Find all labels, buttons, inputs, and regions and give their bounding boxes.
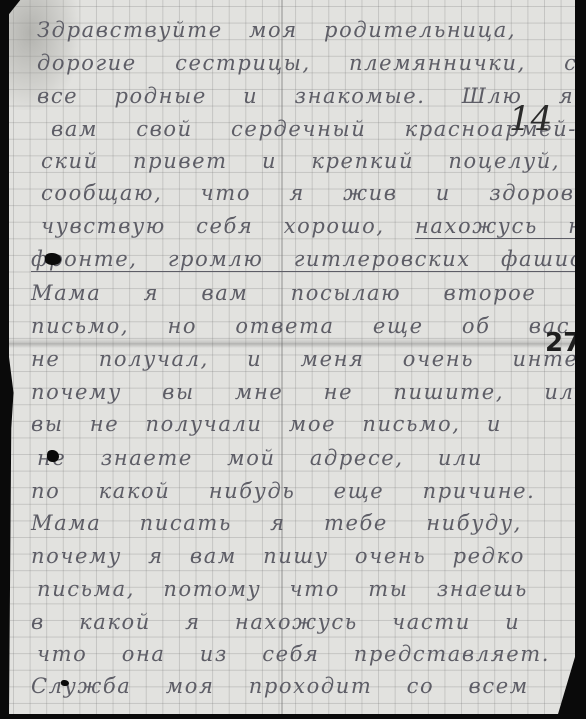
- letter-line-19: в какой я нахожусь части и: [31, 612, 520, 633]
- archive-page-number: 27: [545, 330, 575, 356]
- letter-sheet: Здравствуйте моя родительница, дорогие с…: [9, 0, 575, 714]
- letter-line-10: письмо, но ответа еще об вас: [31, 316, 570, 337]
- letter-line-15: по какой нибудь еще причине.: [31, 481, 535, 502]
- letter-line-7-text: чувствую себя хорошо,: [41, 214, 415, 238]
- ink-blot: [47, 450, 59, 462]
- letter-line-6: сообщаю, что я жив и здоров: [41, 183, 575, 204]
- letter-line-5: ский привет и крепкий поцелуй,: [41, 151, 560, 172]
- letter-line-16: Мама писать я тебе нибуду,: [31, 513, 522, 534]
- letter-line-9: Мама я вам посылаю второе: [31, 283, 536, 304]
- archive-number-top: 14: [509, 102, 552, 136]
- letter-line-18: письма, потому что ты знаешь: [37, 579, 528, 600]
- letter-line-17: почему я вам пишу очень редко: [31, 546, 525, 567]
- letter-line-8: фронте, громлю гитлеровских фашистов: [31, 249, 575, 270]
- scan-background-left: [0, 0, 9, 719]
- letter-line-13: вы не получали мое письмо, и: [31, 414, 502, 435]
- letter-line-3: все родные и знакомые. Шлю я: [37, 86, 574, 107]
- ink-blot: [61, 680, 69, 686]
- letter-line-7: чувствую себя хорошо, нахожусь на: [41, 216, 575, 237]
- letter-line-14: не знаете мой адресе, или: [37, 448, 483, 469]
- letter-line-2: дорогие сестрицы, племяннички, снохи и: [37, 53, 575, 74]
- letter-line-11: не получал, и меня очень интересует: [31, 349, 575, 370]
- letter-line-12: почему вы мне не пишите, или: [31, 382, 575, 403]
- ink-blot: [45, 253, 61, 265]
- letter-line-20: что она из себя представляет.: [37, 644, 550, 665]
- letter-line-21: Служба моя проходит со всем: [31, 676, 529, 697]
- underlined-phrase: нахожусь на: [415, 214, 575, 238]
- letter-line-1: Здравствуйте моя родительница,: [37, 20, 516, 41]
- letter-line-4: вам свой сердечный красноармей-: [51, 119, 575, 140]
